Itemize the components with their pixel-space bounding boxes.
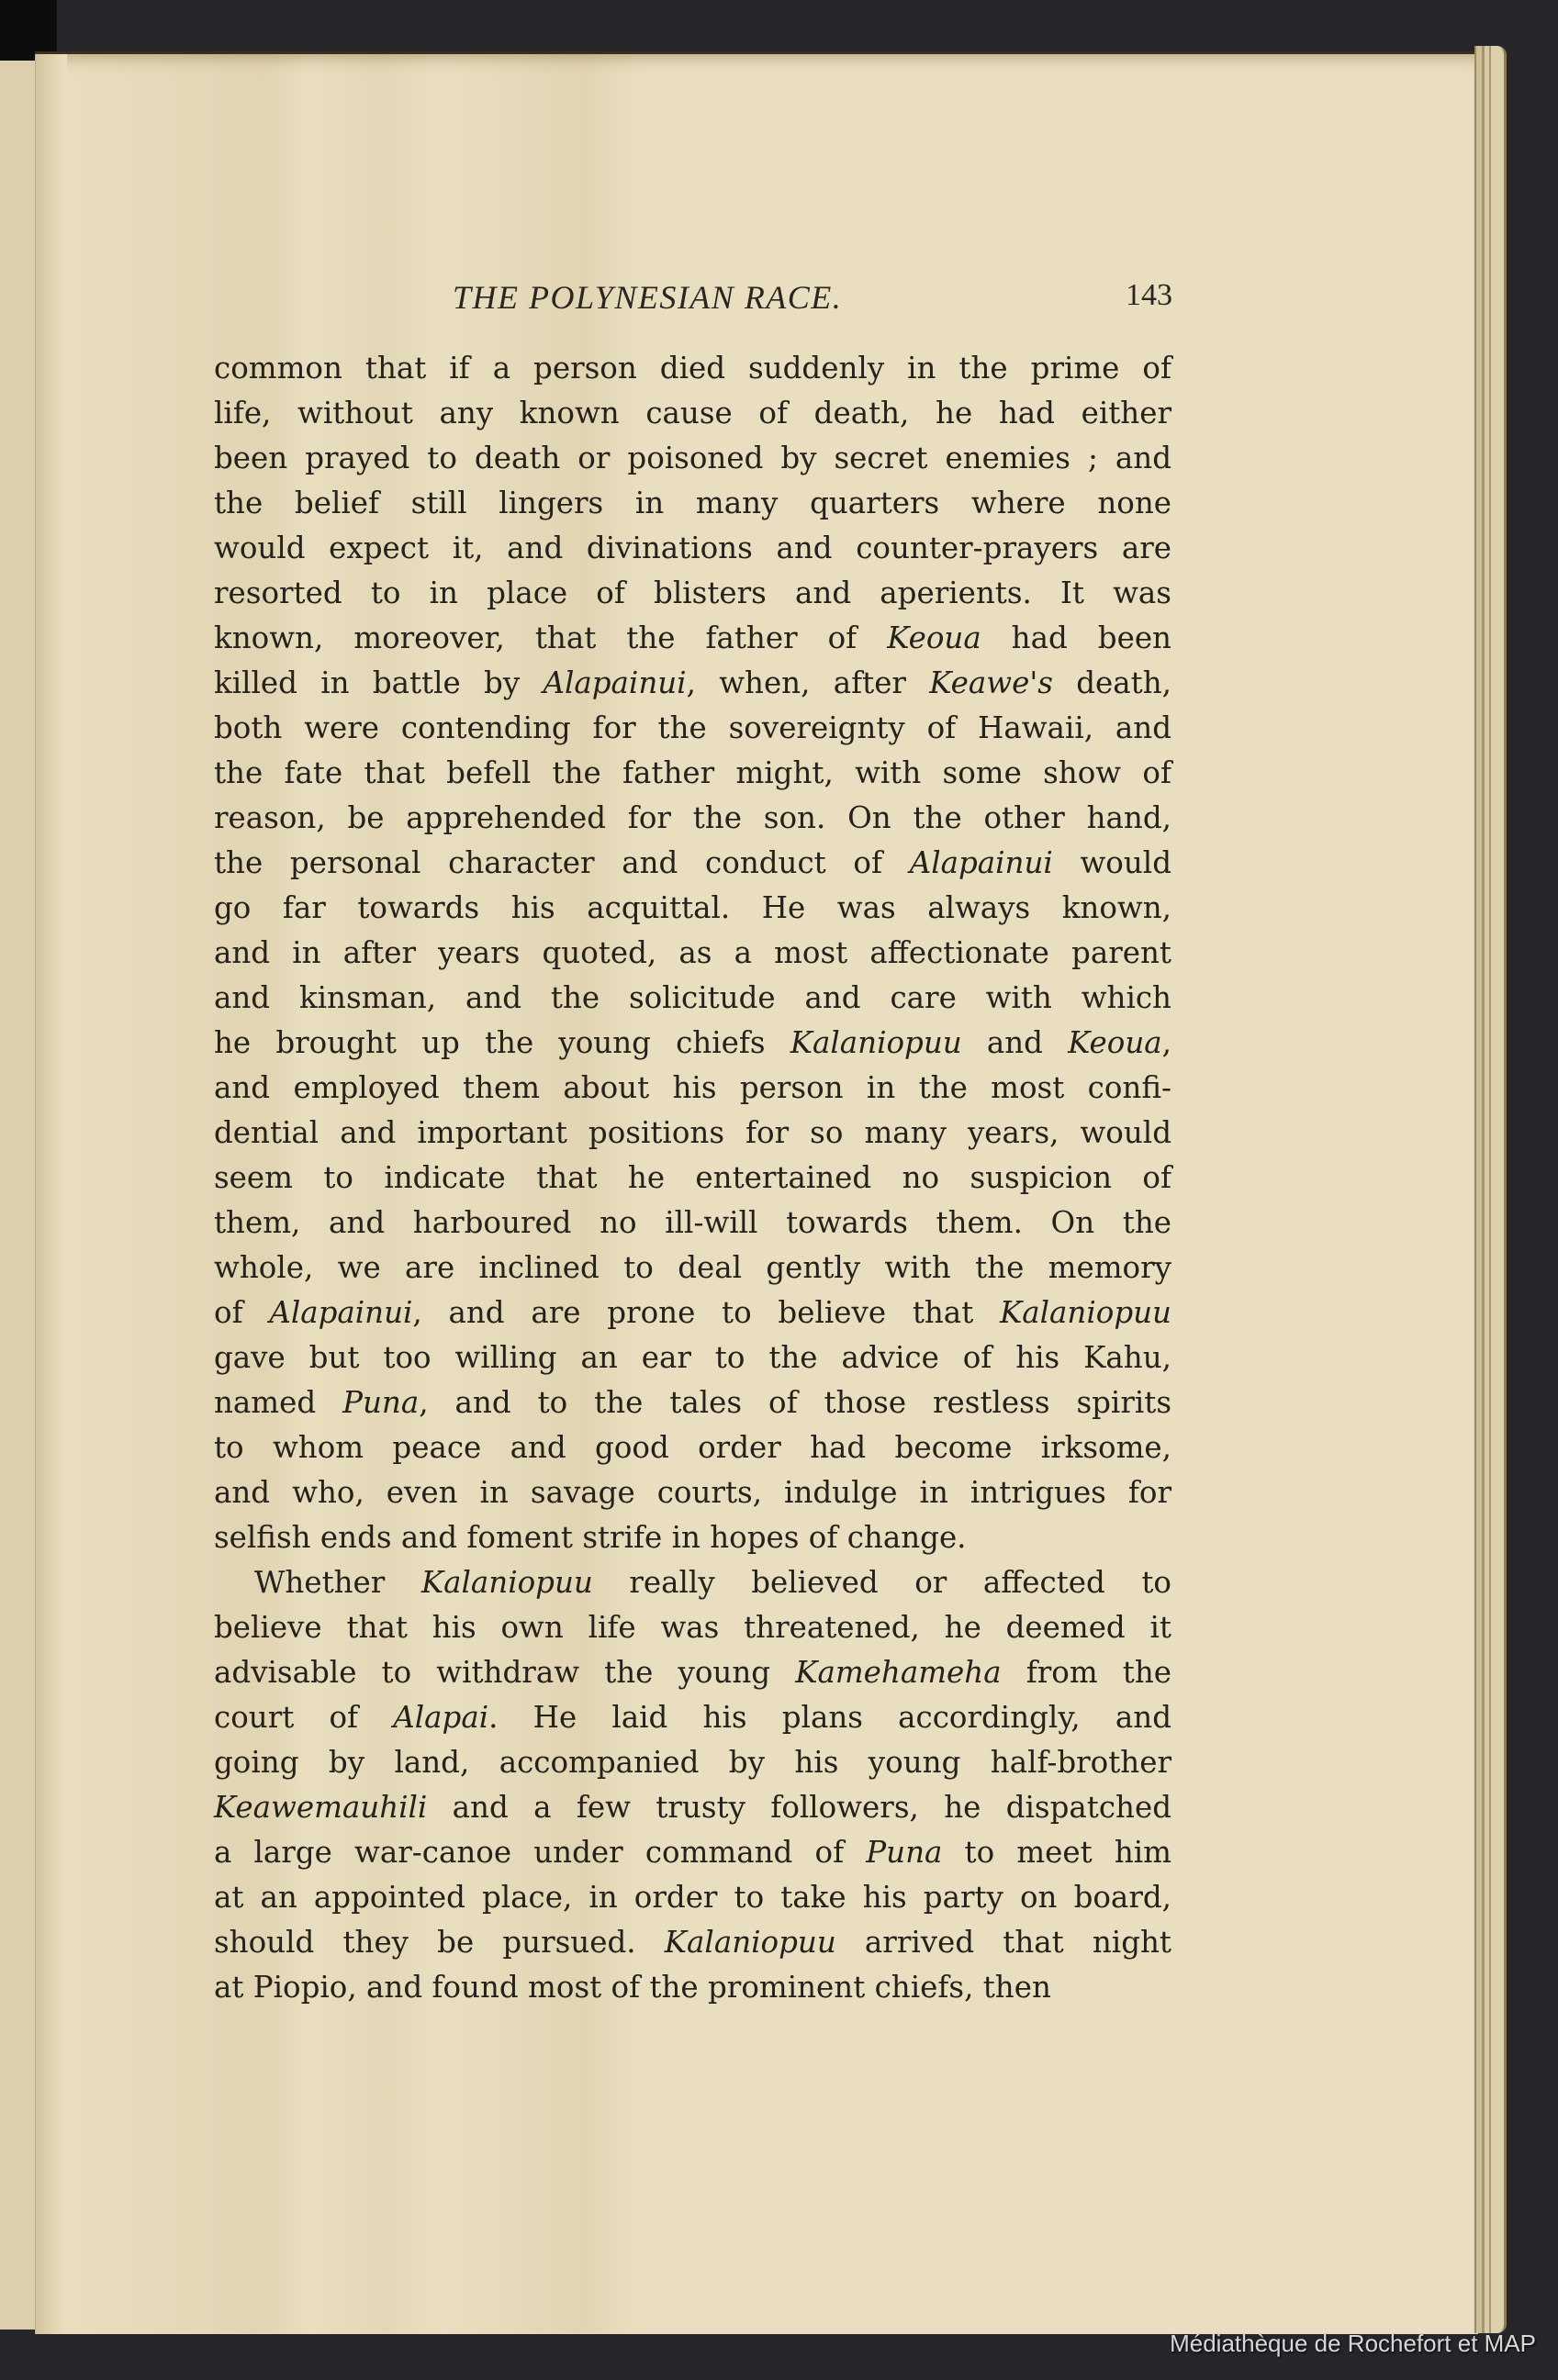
text-line: and employed them about his person in th… bbox=[214, 1066, 1171, 1111]
text-line: to whom peace and good order had become … bbox=[214, 1425, 1171, 1470]
text-line: life, without any known cause of death, … bbox=[214, 391, 1171, 436]
text-run: from the bbox=[1002, 1655, 1171, 1690]
text-line: common that if a person died suddenly in… bbox=[214, 346, 1171, 391]
text-line: killed in battle by Alapainui, when, aft… bbox=[214, 661, 1171, 706]
text-run: he brought up the young chiefs bbox=[214, 1025, 790, 1060]
text-line: he brought up the young chiefs Kalaniopu… bbox=[214, 1021, 1171, 1066]
text-line: and kinsman, and the solicitude and care… bbox=[214, 976, 1171, 1021]
text-line: Keawemauhili and a few trusty followers,… bbox=[214, 1785, 1171, 1830]
text-run: the personal character and conduct of bbox=[214, 845, 910, 880]
italic-name: Kalaniopuu bbox=[421, 1565, 593, 1600]
text-line: known, moreover, that the father of Keou… bbox=[214, 616, 1171, 661]
text-run: and kinsman, and the solicitude and care… bbox=[214, 980, 1171, 1015]
text-run: a large war-canoe under command of bbox=[214, 1835, 866, 1870]
text-line: them, and harboured no ill-will towards … bbox=[214, 1201, 1171, 1246]
text-run: killed in battle by bbox=[214, 665, 544, 700]
text-run: to meet him bbox=[942, 1835, 1171, 1870]
text-run: believe that his own life was threatened… bbox=[214, 1610, 1171, 1645]
text-line: would expect it, and divinations and cou… bbox=[214, 526, 1171, 571]
text-line: reason, be apprehended for the son. On t… bbox=[214, 796, 1171, 841]
text-line: should they be pursued. Kalaniopuu arriv… bbox=[214, 1920, 1171, 1965]
text-run: and who, even in savage courts, indulge … bbox=[214, 1475, 1171, 1510]
text-line: both were contending for the sovereignty… bbox=[214, 706, 1171, 751]
text-run: death, bbox=[1053, 665, 1171, 700]
running-title: THE POLYNESIAN RACE. bbox=[453, 278, 842, 317]
text-line: at Piopio, and found most of the promine… bbox=[214, 1965, 1171, 2010]
text-run: court of bbox=[214, 1700, 393, 1735]
italic-name: Puna bbox=[866, 1835, 942, 1870]
italic-name: Alapainui bbox=[544, 665, 687, 700]
text-line: selfish ends and foment strife in hopes … bbox=[214, 1515, 1171, 1560]
text-run: known, moreover, that the father of bbox=[214, 620, 887, 655]
text-line: advisable to withdraw the young Kamehame… bbox=[214, 1650, 1171, 1695]
page-number: 143 bbox=[1126, 278, 1172, 313]
text-run: selfish ends and foment strife in hopes … bbox=[214, 1520, 967, 1555]
italic-name: Kalaniopuu bbox=[1000, 1295, 1171, 1330]
italic-name: Keawe's bbox=[929, 665, 1053, 700]
text-run: named bbox=[214, 1385, 342, 1420]
text-run: gave but too willing an ear to the advic… bbox=[214, 1340, 1171, 1375]
italic-name: Alapainui bbox=[269, 1295, 412, 1330]
page-gutter bbox=[35, 54, 67, 2334]
text-line: dential and important positions for so m… bbox=[214, 1111, 1171, 1156]
text-run: , and are prone to believe that bbox=[412, 1295, 1000, 1330]
text-line: gave but too willing an ear to the advic… bbox=[214, 1335, 1171, 1380]
text-run: , bbox=[1162, 1025, 1171, 1060]
text-line: the personal character and conduct of Al… bbox=[214, 841, 1171, 886]
text-run: to whom peace and good order had become … bbox=[214, 1430, 1171, 1465]
italic-name: Kalaniopuu bbox=[790, 1025, 962, 1060]
text-run: Whether bbox=[254, 1565, 421, 1600]
text-run: and in after years quoted, as a most aff… bbox=[214, 935, 1171, 970]
body-text: common that if a person died suddenly in… bbox=[214, 346, 1171, 2010]
text-run: seem to indicate that he entertained no … bbox=[214, 1160, 1171, 1195]
paragraph: common that if a person died suddenly in… bbox=[214, 346, 1171, 1560]
watermark: Médiathèque de Rochefort et MAP bbox=[1170, 2330, 1536, 2358]
text-run: of bbox=[214, 1295, 269, 1330]
text-run: both were contending for the sovereignty… bbox=[214, 710, 1171, 745]
text-line: going by land, accompanied by his young … bbox=[214, 1740, 1171, 1785]
text-run: at Piopio, and found most of the promine… bbox=[214, 1970, 1051, 2005]
text-line: believe that his own life was threatened… bbox=[214, 1605, 1171, 1650]
text-line: named Puna, and to the tales of those re… bbox=[214, 1380, 1171, 1425]
text-run: resorted to in place of blisters and ape… bbox=[214, 575, 1171, 610]
text-run: the fate that befell the father might, w… bbox=[214, 755, 1171, 790]
text-run: going by land, accompanied by his young … bbox=[214, 1745, 1171, 1780]
italic-name: Kamehameha bbox=[795, 1655, 1001, 1690]
italic-name: Kalaniopuu bbox=[665, 1925, 836, 1960]
paragraph: Whether Kalaniopuu really believed or af… bbox=[214, 1560, 1171, 2010]
text-run: them, and harboured no ill-will towards … bbox=[214, 1205, 1171, 1240]
text-line: whole, we are inclined to deal gently wi… bbox=[214, 1246, 1171, 1291]
text-run: had been bbox=[981, 620, 1171, 655]
text-run: the belief still lingers in many quarter… bbox=[214, 486, 1171, 520]
text-run: . He laid his plans accordingly, and bbox=[488, 1700, 1171, 1735]
text-run: , when, after bbox=[687, 665, 930, 700]
italic-name: Alapai bbox=[393, 1700, 488, 1735]
text-run: should they be pursued. bbox=[214, 1925, 665, 1960]
text-line: Whether Kalaniopuu really believed or af… bbox=[214, 1560, 1171, 1605]
text-run: been prayed to death or poisoned by secr… bbox=[214, 441, 1171, 475]
text-line: a large war-canoe under command of Puna … bbox=[214, 1830, 1171, 1875]
text-line: at an appointed place, in order to take … bbox=[214, 1875, 1171, 1920]
text-run: reason, be apprehended for the son. On t… bbox=[214, 800, 1171, 835]
page-stack-edge bbox=[1474, 46, 1507, 2333]
italic-name: Alapainui bbox=[910, 845, 1053, 880]
text-line: and in after years quoted, as a most aff… bbox=[214, 931, 1171, 976]
text-line: go far towards his acquittal. He was alw… bbox=[214, 886, 1171, 931]
text-run: advisable to withdraw the young bbox=[214, 1655, 795, 1690]
text-run: go far towards his acquittal. He was alw… bbox=[214, 890, 1171, 925]
text-line: the fate that befell the father might, w… bbox=[214, 751, 1171, 796]
text-run: dential and important positions for so m… bbox=[214, 1115, 1171, 1150]
italic-name: Keawemauhili bbox=[214, 1790, 427, 1825]
text-line: court of Alapai. He laid his plans accor… bbox=[214, 1695, 1171, 1740]
text-line: seem to indicate that he entertained no … bbox=[214, 1156, 1171, 1201]
italic-name: Keoua bbox=[887, 620, 981, 655]
text-run: would expect it, and divinations and cou… bbox=[214, 531, 1171, 565]
text-line: and who, even in savage courts, indulge … bbox=[214, 1470, 1171, 1515]
text-run: and a few trusty followers, he dispatche… bbox=[427, 1790, 1171, 1825]
text-run: would bbox=[1053, 845, 1171, 880]
text-run: really believed or affected to bbox=[593, 1565, 1171, 1600]
text-run: , and to the tales of those restless spi… bbox=[419, 1385, 1171, 1420]
facing-page-edge bbox=[0, 61, 38, 2330]
text-line: resorted to in place of blisters and ape… bbox=[214, 571, 1171, 616]
text-run: life, without any known cause of death, … bbox=[214, 396, 1171, 430]
text-line: of Alapainui, and are prone to believe t… bbox=[214, 1291, 1171, 1335]
text-run: at an appointed place, in order to take … bbox=[214, 1880, 1171, 1915]
italic-name: Keoua bbox=[1068, 1025, 1162, 1060]
running-head: THE POLYNESIAN RACE. 143 bbox=[0, 278, 1558, 318]
text-run: arrived that night bbox=[836, 1925, 1171, 1960]
text-run: and bbox=[962, 1025, 1068, 1060]
text-line: been prayed to death or poisoned by secr… bbox=[214, 436, 1171, 481]
text-run: and employed them about his person in th… bbox=[214, 1070, 1171, 1105]
text-run: common that if a person died suddenly in… bbox=[214, 351, 1171, 385]
text-run: whole, we are inclined to deal gently wi… bbox=[214, 1250, 1171, 1285]
text-line: the belief still lingers in many quarter… bbox=[214, 481, 1171, 526]
italic-name: Puna bbox=[342, 1385, 419, 1420]
